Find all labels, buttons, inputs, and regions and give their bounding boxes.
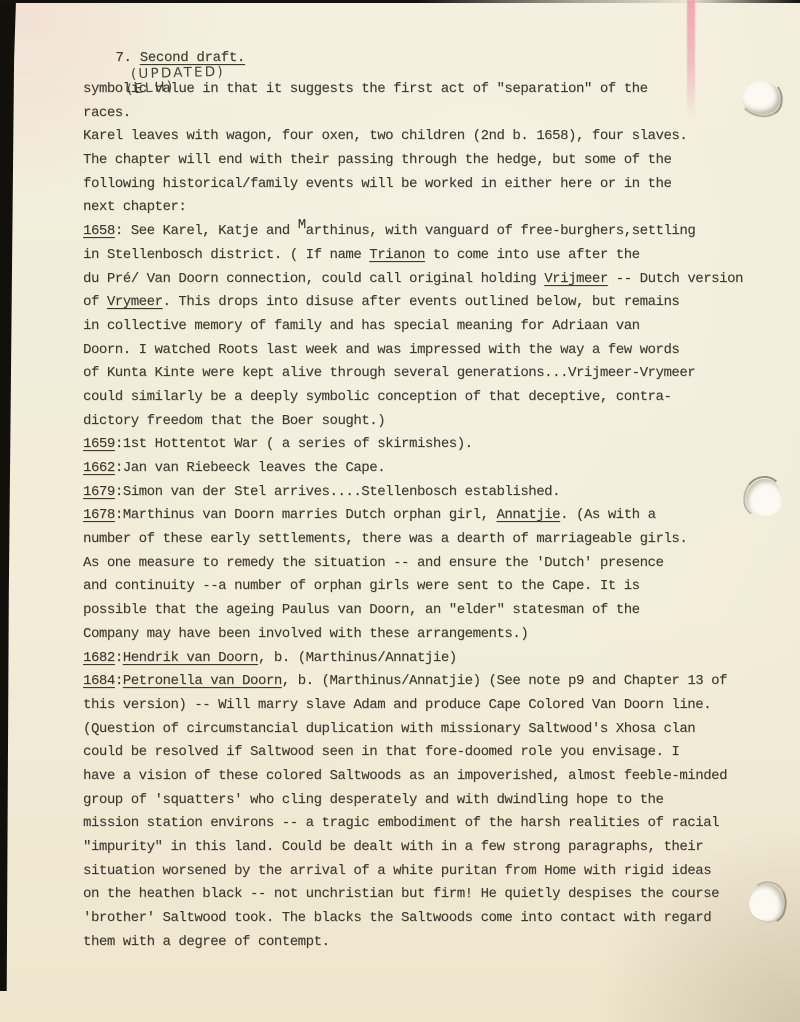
text-line: next chapter: xyxy=(83,196,773,220)
text-line: Doorn. I watched Roots last week and was… xyxy=(83,339,773,363)
text-line: them with a degree of contempt. xyxy=(83,931,773,955)
scan-edge-top xyxy=(0,0,800,3)
text-line: mission station environs -- a tragic emb… xyxy=(83,812,773,836)
text-line: this version) -- Will marry slave Adam a… xyxy=(83,694,773,718)
text-line: Karel leaves with wagon, four oxen, two … xyxy=(83,125,773,149)
text-line: have a vision of these colored Saltwoods… xyxy=(83,765,773,789)
text-line: 1659:1st Hottentot War ( a series of ski… xyxy=(83,433,773,457)
text-line: on the heathen black -- not unchristian … xyxy=(83,883,773,907)
text-line: could similarly be a deeply symbolic con… xyxy=(83,386,773,410)
text-line: in Stellenbosch district. ( If name Tria… xyxy=(83,244,773,268)
text-line: 'brother' Saltwood took. The blacks the … xyxy=(83,907,773,931)
text-line: 1679:Simon van der Stel arrives....Stell… xyxy=(83,481,773,505)
text-line: 1682:Hendrik van Doorn, b. (Marthinus/An… xyxy=(83,647,773,671)
text-line: "impurity" in this land. Could be dealt … xyxy=(83,836,773,860)
text-line: The chapter will end with their passing … xyxy=(83,149,773,173)
text-line: dictory freedom that the Boer sought.) xyxy=(83,410,773,434)
text-line: du Pré/ Van Doorn connection, could call… xyxy=(83,268,773,292)
text-line: group of 'squatters' who cling desperate… xyxy=(83,789,773,813)
text-line: 1678:Marthinus van Doorn marries Dutch o… xyxy=(83,504,773,528)
text-line: in collective memory of family and has s… xyxy=(83,315,773,339)
text-line: 1684:Petronella van Doorn, b. (Marthinus… xyxy=(83,670,773,694)
draft-number: 7. xyxy=(115,50,139,66)
text-line: situation worsened by the arrival of a w… xyxy=(83,860,773,884)
text-line: number of these early settlements, there… xyxy=(83,528,773,552)
text-line: of Vrymeer. This drops into disuse after… xyxy=(83,291,773,315)
text-line: As one measure to remedy the situation -… xyxy=(83,552,773,576)
manuscript-page: 7. Second draft. (UPDATED) (ELH) symboli… xyxy=(0,0,800,1022)
text-line: could be resolved if Saltwood seen in th… xyxy=(83,741,773,765)
text-line: races. xyxy=(83,102,773,126)
text-line: and continuity --a number of orphan girl… xyxy=(83,575,773,599)
text-line: 1658: See Karel, Katje and Marthinus, wi… xyxy=(83,220,773,244)
document-body: symbolic value in that it suggests the f… xyxy=(83,78,773,954)
text-line: of Kunta Kinte were kept alive through s… xyxy=(83,362,773,386)
text-line: (Question of circumstancial duplication … xyxy=(83,718,773,742)
text-line: possible that the ageing Paulus van Door… xyxy=(83,599,773,623)
text-line: following historical/family events will … xyxy=(83,173,773,197)
text-line: Company may have been involved with thes… xyxy=(83,623,773,647)
text-line: 1662:Jan van Riebeeck leaves the Cape. xyxy=(83,457,773,481)
scan-edge-left xyxy=(0,0,16,991)
text-line: symbolic value in that it suggests the f… xyxy=(83,78,773,102)
